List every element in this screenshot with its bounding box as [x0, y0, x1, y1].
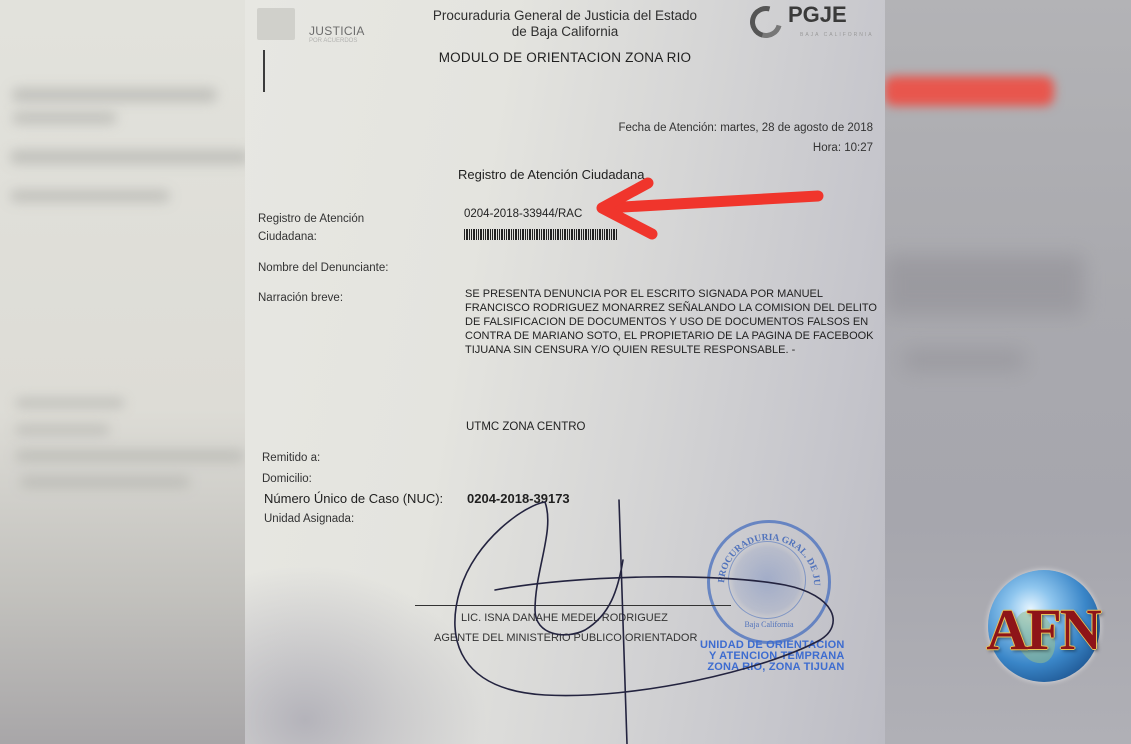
attention-time-value: 10:27	[844, 142, 873, 154]
narracion-value: SE PRESENTA DENUNCIA POR EL ESCRITO SIGN…	[465, 287, 885, 357]
blurred-text	[15, 398, 125, 408]
svg-text:PROCURADURIA GRAL. DE JUSTICIA: PROCURADURIA GRAL. DE JUSTICIA DEL ESTAD…	[710, 523, 821, 586]
blurred-text	[904, 350, 1024, 370]
registro-label-line-1: Registro de Atención	[258, 213, 364, 225]
blurred-background-left	[0, 0, 248, 744]
attention-time-label: Hora:	[813, 142, 841, 154]
destination-unit: UTMC ZONA CENTRO	[466, 421, 585, 433]
signature-line	[415, 605, 731, 606]
attention-date: Fecha de Atención: martes, 28 de agosto …	[619, 122, 873, 134]
blurred-text	[884, 255, 1084, 315]
barcode-icon	[464, 229, 618, 240]
blurred-text	[20, 476, 190, 488]
nuc-label: Número Único de Caso (NUC):	[264, 491, 443, 506]
unidad-label: Unidad Asignada:	[264, 513, 354, 525]
module-title: MODULO DE ORIENTACION ZONA RIO	[245, 50, 885, 65]
official-stamp: PROCURADURIA GRAL. DE JUSTICIA DEL ESTAD…	[707, 520, 831, 644]
denunciante-label: Nombre del Denunciante:	[258, 262, 388, 274]
signer-role: AGENTE DEL MINISTERIO PUBLICO ORIENTADOR	[434, 632, 697, 644]
blurred-text	[15, 425, 110, 435]
nuc-value: 0204-2018-39173	[467, 491, 570, 506]
registro-value: 0204-2018-33944/RAC	[464, 208, 582, 220]
blurred-text	[15, 450, 245, 462]
attention-date-value: martes, 28 de agosto de 2018	[720, 122, 873, 134]
domicilio-label: Domicilio:	[262, 473, 312, 485]
blurred-text	[12, 112, 117, 124]
blurred-text	[10, 190, 170, 202]
svg-text:Baja California: Baja California	[744, 620, 794, 629]
remitido-label: Remitido a:	[262, 452, 320, 464]
afn-logo-text: AFN	[968, 596, 1118, 663]
blurred-arrow	[884, 76, 1054, 106]
pgje-logo-title: PGJE	[788, 2, 847, 28]
stamp-unit-text: UNIDAD DE ORIENTACION Y ATENCION TEMPRAN…	[700, 640, 845, 673]
registro-label-line-2: Ciudadana:	[258, 231, 317, 243]
document-title: Registro de Atención Ciudadana	[458, 167, 644, 182]
signer-name: LIC. ISNA DANAHE MEDEL RODRIGUEZ	[461, 612, 668, 624]
document-page: JUSTICIA POR ACUERDOS Procuraduria Gener…	[245, 0, 885, 744]
stamp-ring-text: PROCURADURIA GRAL. DE JUSTICIA DEL ESTAD…	[710, 523, 828, 641]
afn-logo: AFN	[968, 568, 1118, 686]
attention-date-label: Fecha de Atención:	[619, 122, 717, 134]
attention-time: Hora: 10:27	[813, 142, 873, 154]
blurred-text	[12, 88, 217, 102]
blurred-text	[10, 150, 250, 164]
stamp-unit-line-3: ZONA RIO, ZONA TIJUAN	[700, 662, 845, 673]
pgje-logo-subtitle: BAJA CALIFORNIA	[800, 32, 874, 38]
narracion-label: Narración breve:	[258, 292, 343, 304]
